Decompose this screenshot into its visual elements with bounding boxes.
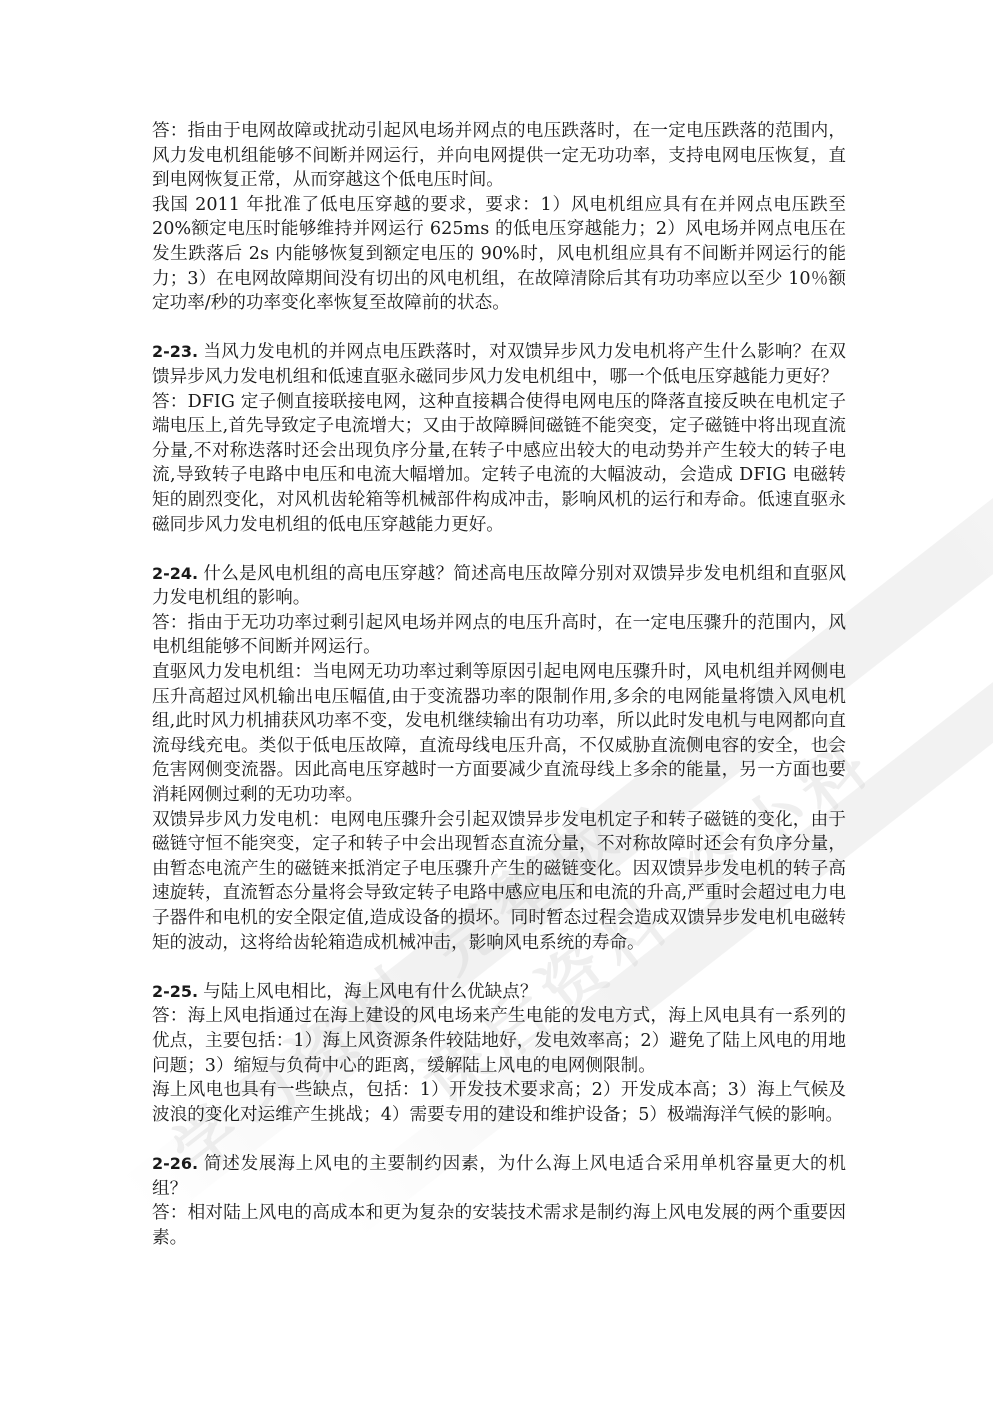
question-number: 2-25. (152, 982, 198, 1001)
question-text: 与陆上风电相比，海上风电有什么优缺点？ (203, 982, 537, 1002)
section-lvrt-answer: 答：指由于电网故障或扰动引起风电场并网点的电压跌落时，在一定电压跌落的范围内，风… (152, 119, 846, 316)
answer-paragraph: 答：指由于无功功率过剩引起风电场并网点的电压升高时，在一定电压骤升的范围内，风电… (152, 611, 846, 660)
answer-paragraph: 答：指由于电网故障或扰动引起风电场并网点的电压跌落时，在一定电压跌落的范围内，风… (152, 119, 846, 193)
question-text: 当风力发电机的并网点电压跌落时，对双馈异步风力发电机将产生什么影响？在双馈异步风… (152, 342, 846, 387)
section-q-2-25: 2-25.与陆上风电相比，海上风电有什么优缺点？ 答：海上风电指通过在海上建设的… (152, 980, 846, 1128)
question-number: 2-23. (152, 342, 198, 361)
question-number: 2-26. (152, 1154, 198, 1173)
section-q-2-26: 2-26.简述发展海上风电的主要制约因素，为什么海上风电适合采用单机容量更大的机… (152, 1152, 846, 1250)
answer-paragraph: 答：海上风电指通过在海上建设的风电场来产生电能的发电方式，海上风电具有一系列的优… (152, 1004, 846, 1078)
question-paragraph: 2-23.当风力发电机的并网点电压跌落时，对双馈异步风力发电机将产生什么影响？在… (152, 340, 846, 389)
answer-paragraph: 直驱风力发电机组：当电网无功功率过剩等原因引起电网电压骤升时，风电机组并网侧电压… (152, 660, 846, 808)
question-paragraph: 2-26.简述发展海上风电的主要制约因素，为什么海上风电适合采用单机容量更大的机… (152, 1152, 846, 1201)
answer-paragraph: 海上风电也具有一些缺点，包括：1）开发技术要求高；2）开发成本高；3）海上气候及… (152, 1078, 846, 1127)
answer-paragraph: 双馈异步风力发电机：电网电压骤升会引起双馈异步发电机定子和转子磁链的变化，由于磁… (152, 808, 846, 956)
question-text: 简述发展海上风电的主要制约因素，为什么海上风电适合采用单机容量更大的机组？ (152, 1154, 846, 1199)
answer-paragraph: 我国 2011 年批准了低电压穿越的要求，要求：1）风电机组应具有在并网点电压跌… (152, 193, 846, 316)
answer-paragraph: 答：相对陆上风电的高成本和更为复杂的安装技术需求是制约海上风电发展的两个重要因素… (152, 1201, 846, 1250)
question-number: 2-24. (152, 564, 198, 583)
document-page: 学习资料 完整版 课后资料 资小料 答：指由于电网故障或扰动引起风电场并网点的电… (0, 0, 993, 1404)
answer-paragraph: 答：DFIG 定子侧直接联接电网，这种直接耦合使得电网电压的降落直接反映在电机定… (152, 390, 846, 538)
section-q-2-24: 2-24.什么是风电机组的高电压穿越？简述高电压故障分别对双馈异步发电机组和直驱… (152, 562, 846, 956)
document-body: 答：指由于电网故障或扰动引起风电场并网点的电压跌落时，在一定电压跌落的范围内，风… (152, 119, 846, 1275)
question-paragraph: 2-24.什么是风电机组的高电压穿越？简述高电压故障分别对双馈异步发电机组和直驱… (152, 562, 846, 611)
question-text: 什么是风电机组的高电压穿越？简述高电压故障分别对双馈异步发电机组和直驱风力发电机… (152, 564, 846, 609)
section-q-2-23: 2-23.当风力发电机的并网点电压跌落时，对双馈异步风力发电机将产生什么影响？在… (152, 340, 846, 537)
question-paragraph: 2-25.与陆上风电相比，海上风电有什么优缺点？ (152, 980, 846, 1005)
